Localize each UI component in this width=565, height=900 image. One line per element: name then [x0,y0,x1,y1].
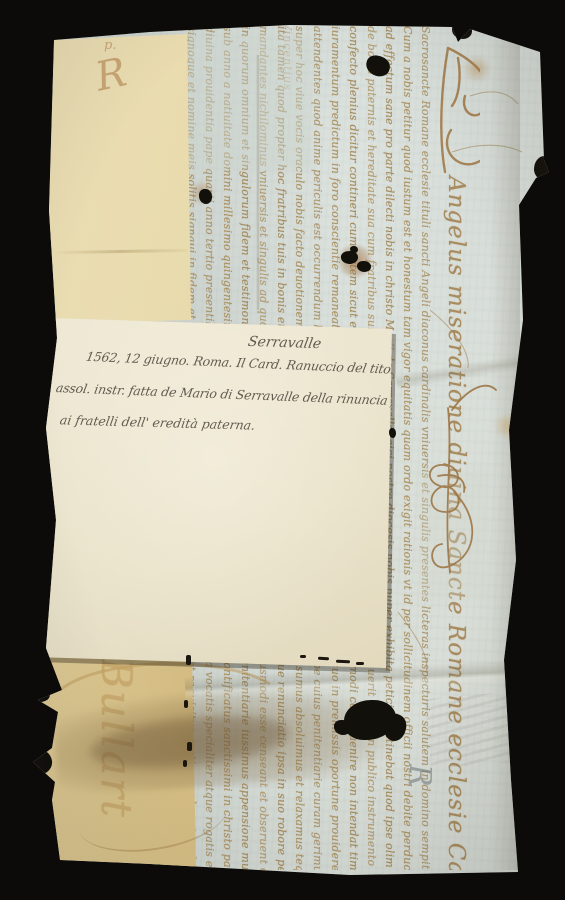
ink-speck [186,655,191,665]
monogram-letter: R [92,49,131,100]
fold-crease [256,55,260,310]
parchment-sheet: Angelus miseratione diuina Sancte Romane… [0,0,565,900]
archivist-note: Serravalle 1562, 12 giugno. Roma. Il Car… [30,315,396,671]
rust-stain [494,414,522,438]
ink-speck [183,760,187,767]
note-line: assol. instr. fatta de Mario di Serraval… [55,380,421,409]
registration-mark: R [402,764,437,787]
note-line: ai fratelli dell' eredità paterna. [59,412,257,432]
edge-shadow [490,40,520,870]
ink-speck [184,700,188,708]
rust-stain [462,56,492,82]
ink-speck [300,655,306,658]
ink-blot [350,246,358,253]
ink-speck [356,662,364,665]
ink-speck [187,742,192,751]
torn-notch [452,22,472,39]
flap-monogram: p. R [92,38,152,118]
registration-mark-wrap: R [402,756,448,810]
ink-blot [357,261,371,272]
manuscript-photo: Angelus miseratione diuina Sancte Romane… [0,0,565,900]
ink-blot-large [334,720,351,735]
ink-blot [534,156,552,179]
ink-blot [389,428,396,438]
note-heading: Serravalle [247,334,323,352]
ink-blot [199,189,212,204]
